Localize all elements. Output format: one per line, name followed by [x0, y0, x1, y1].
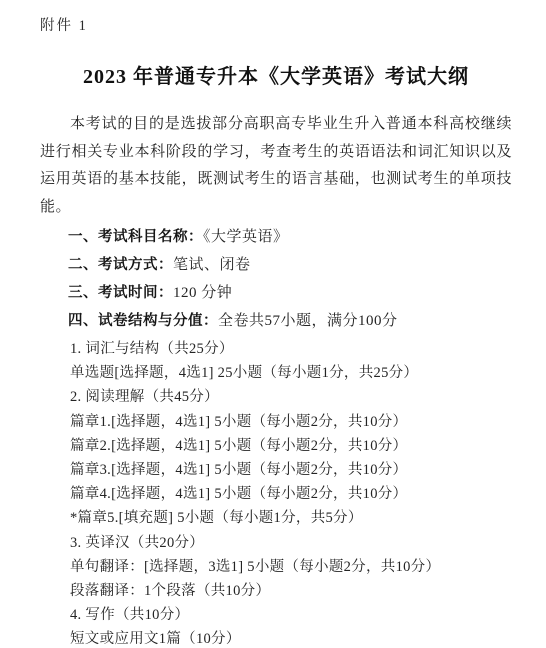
item-value: 《大学英语》	[203, 229, 289, 245]
structure-line: 短文或应用文1篇（10分）	[70, 627, 512, 648]
item-value: 全卷共57小题，满分100分	[218, 313, 398, 329]
document-page: 附件 1 2023 年普通专升本《大学英语》考试大纲 本考试的目的是选拔部分高职…	[0, 0, 546, 648]
structure-line: 1. 词汇与结构（共25分）	[70, 337, 512, 361]
numbered-item-duration: 三、考试时间：120 分钟	[68, 279, 512, 307]
page-title: 2023 年普通专升本《大学英语》考试大纲	[40, 60, 512, 89]
item-value: 笔试、闭卷	[173, 257, 251, 273]
structure-line: *篇章5.[填充题] 5小题（每小题1分，共5分）	[70, 506, 512, 530]
numbered-item-method: 二、考试方式：笔试、闭卷	[68, 251, 512, 279]
numbered-item-subject: 一、考试科目名称：《大学英语》	[68, 223, 512, 251]
structure-line: 4. 写作（共10分）	[70, 603, 512, 627]
numbered-item-structure: 四、试卷结构与分值：全卷共57小题，满分100分	[68, 307, 512, 335]
structure-line: 单选题[选择题，4选1] 25小题（每小题1分，共25分）	[70, 361, 512, 385]
structure-line: 篇章4.[选择题，4选1] 5小题（每小题2分，共10分）	[70, 482, 512, 506]
structure-line: 单句翻译：[选择题，3选1] 5小题（每小题2分，共10分）	[70, 555, 512, 579]
item-value: 120 分钟	[173, 285, 232, 301]
item-label: 三、考试时间：	[68, 285, 173, 301]
item-label: 四、试卷结构与分值：	[68, 313, 218, 329]
attachment-label: 附件 1	[40, 16, 512, 36]
item-label: 二、考试方式：	[68, 257, 173, 273]
structure-line: 3. 英译汉（共20分）	[70, 531, 512, 555]
item-label: 一、考试科目名称：	[68, 229, 203, 245]
structure-line: 篇章2.[选择题，4选1] 5小题（每小题2分，共10分）	[70, 434, 512, 458]
structure-line: 篇章1.[选择题，4选1] 5小题（每小题2分，共10分）	[70, 410, 512, 434]
structure-line: 段落翻译：1个段落（共10分）	[70, 579, 512, 603]
numbered-items: 一、考试科目名称：《大学英语》 二、考试方式：笔试、闭卷 三、考试时间：120 …	[68, 223, 512, 335]
structure-lines: 1. 词汇与结构（共25分） 单选题[选择题，4选1] 25小题（每小题1分，共…	[70, 337, 512, 648]
structure-line: 2. 阅读理解（共45分）	[70, 385, 512, 409]
structure-line: 篇章3.[选择题，4选1] 5小题（每小题2分，共10分）	[70, 458, 512, 482]
intro-paragraph: 本考试的目的是选拔部分高职高专毕业生升入普通本科高校继续进行相关专业本科阶段的学…	[40, 111, 512, 221]
